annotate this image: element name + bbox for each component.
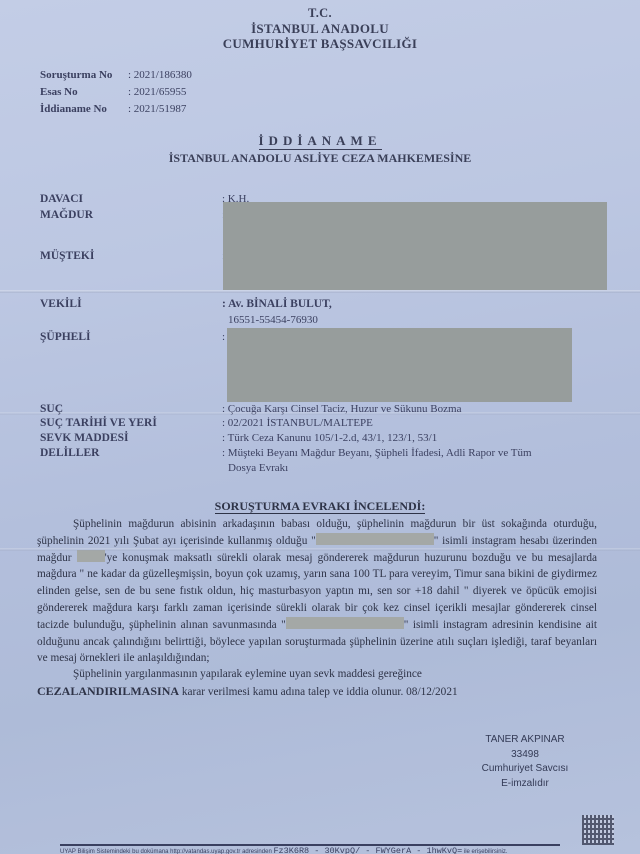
label-vekili: VEKİLİ [40, 298, 82, 310]
meta-value-iddianame: : 2021/51987 [128, 103, 186, 115]
label-davaci: DAVACI [40, 193, 83, 205]
meta-label-esas: Esas No [40, 86, 78, 98]
verdict-keyword: CEZALANDIRILMASINA [37, 684, 179, 698]
header-office: CUMHURİYET BAŞSAVCILIĞI [0, 36, 640, 52]
document-title-text: İDDİANAME [259, 133, 382, 150]
value-supheli: : [222, 331, 225, 343]
value-sevk: : Türk Ceza Kanunu 105/1-2.d, 43/1, 123/… [222, 432, 437, 444]
meta-value-sorusturma: : 2021/186380 [128, 69, 192, 81]
court-name: İSTANBUL ANADOLU ASLİYE CEZA MAHKEMESİNE [0, 151, 640, 166]
footer-text: UYAP Bilişim Sistemindeki bu dokümana ht… [60, 849, 272, 854]
redaction-victim-name [77, 550, 105, 562]
label-magdur: MAĞDUR [40, 209, 93, 221]
document-title: İDDİANAME [0, 133, 640, 149]
meta-value-esas: : 2021/65955 [128, 86, 186, 98]
redaction-instagram-handle-2 [286, 617, 404, 629]
paper-fold-3 [0, 548, 640, 551]
vekili-id: 16551-55454-76930 [228, 314, 318, 326]
paper-fold-2 [0, 412, 640, 415]
value-deliller-cont: Dosya Evrakı [228, 462, 288, 474]
section-title-text: SORUŞTURMA EVRAKI İNCELENDİ: [215, 499, 426, 514]
footer-verification: UYAP Bilişim Sistemindeki bu dokümana ht… [60, 846, 508, 854]
meta-label-sorusturma: Soruşturma No [40, 69, 112, 81]
header-tc: T.C. [0, 6, 640, 21]
redaction-box-suspect [227, 328, 572, 402]
signature-block: TANER AKPINAR 33498 Cumhuriyet Savcısı E… [440, 733, 610, 791]
value-deliller: : Müşteki Beyanı Mağdur Beyanı, Şüpheli … [222, 447, 532, 459]
label-tarih: SUÇ TARİHİ VE YERİ [40, 417, 157, 429]
footer-suffix: ile erişebilirsiniz. [464, 849, 508, 854]
prosecutor-name: TANER AKPINAR [440, 733, 610, 748]
body-text: karar verilmesi kamu adına talep ve iddi… [179, 686, 458, 698]
value-tarih: : 02/2021 İSTANBUL/MALTEPE [222, 417, 373, 429]
label-deliller: DELİLLER [40, 447, 99, 459]
meta-label-iddianame: İddianame No [40, 103, 107, 115]
header-city: İSTANBUL ANADOLU [0, 21, 640, 37]
redaction-box-victim [223, 202, 607, 290]
section-title: SORUŞTURMA EVRAKI İNCELENDİ: [0, 499, 640, 514]
e-signature-note: E-imzalıdır [440, 777, 610, 792]
label-musteki: MÜŞTEKİ [40, 250, 94, 262]
value-vekili: : Av. BİNALİ BULUT, [222, 298, 332, 310]
redaction-instagram-handle [316, 533, 434, 545]
qr-code-icon [582, 815, 614, 845]
body-text: Şüphelinin yargılanmasının yapılarak eyl… [73, 668, 422, 680]
prosecutor-title: Cumhuriyet Savcısı [440, 762, 610, 777]
label-supheli: ŞÜPHELİ [40, 331, 91, 343]
body-paragraph-1: Şüphelinin mağdurun abisinin arkadaşının… [37, 516, 597, 667]
prosecutor-number: 33498 [440, 748, 610, 763]
paper-fold [0, 290, 640, 293]
label-sevk: SEVK MADDESİ [40, 432, 129, 444]
body-paragraph-2: Şüphelinin yargılanmasının yapılarak eyl… [37, 666, 597, 701]
verification-code: Fz3K6R8 - 30KvpQ/ - FWYGerA - 1hwKvQ= [273, 846, 462, 854]
